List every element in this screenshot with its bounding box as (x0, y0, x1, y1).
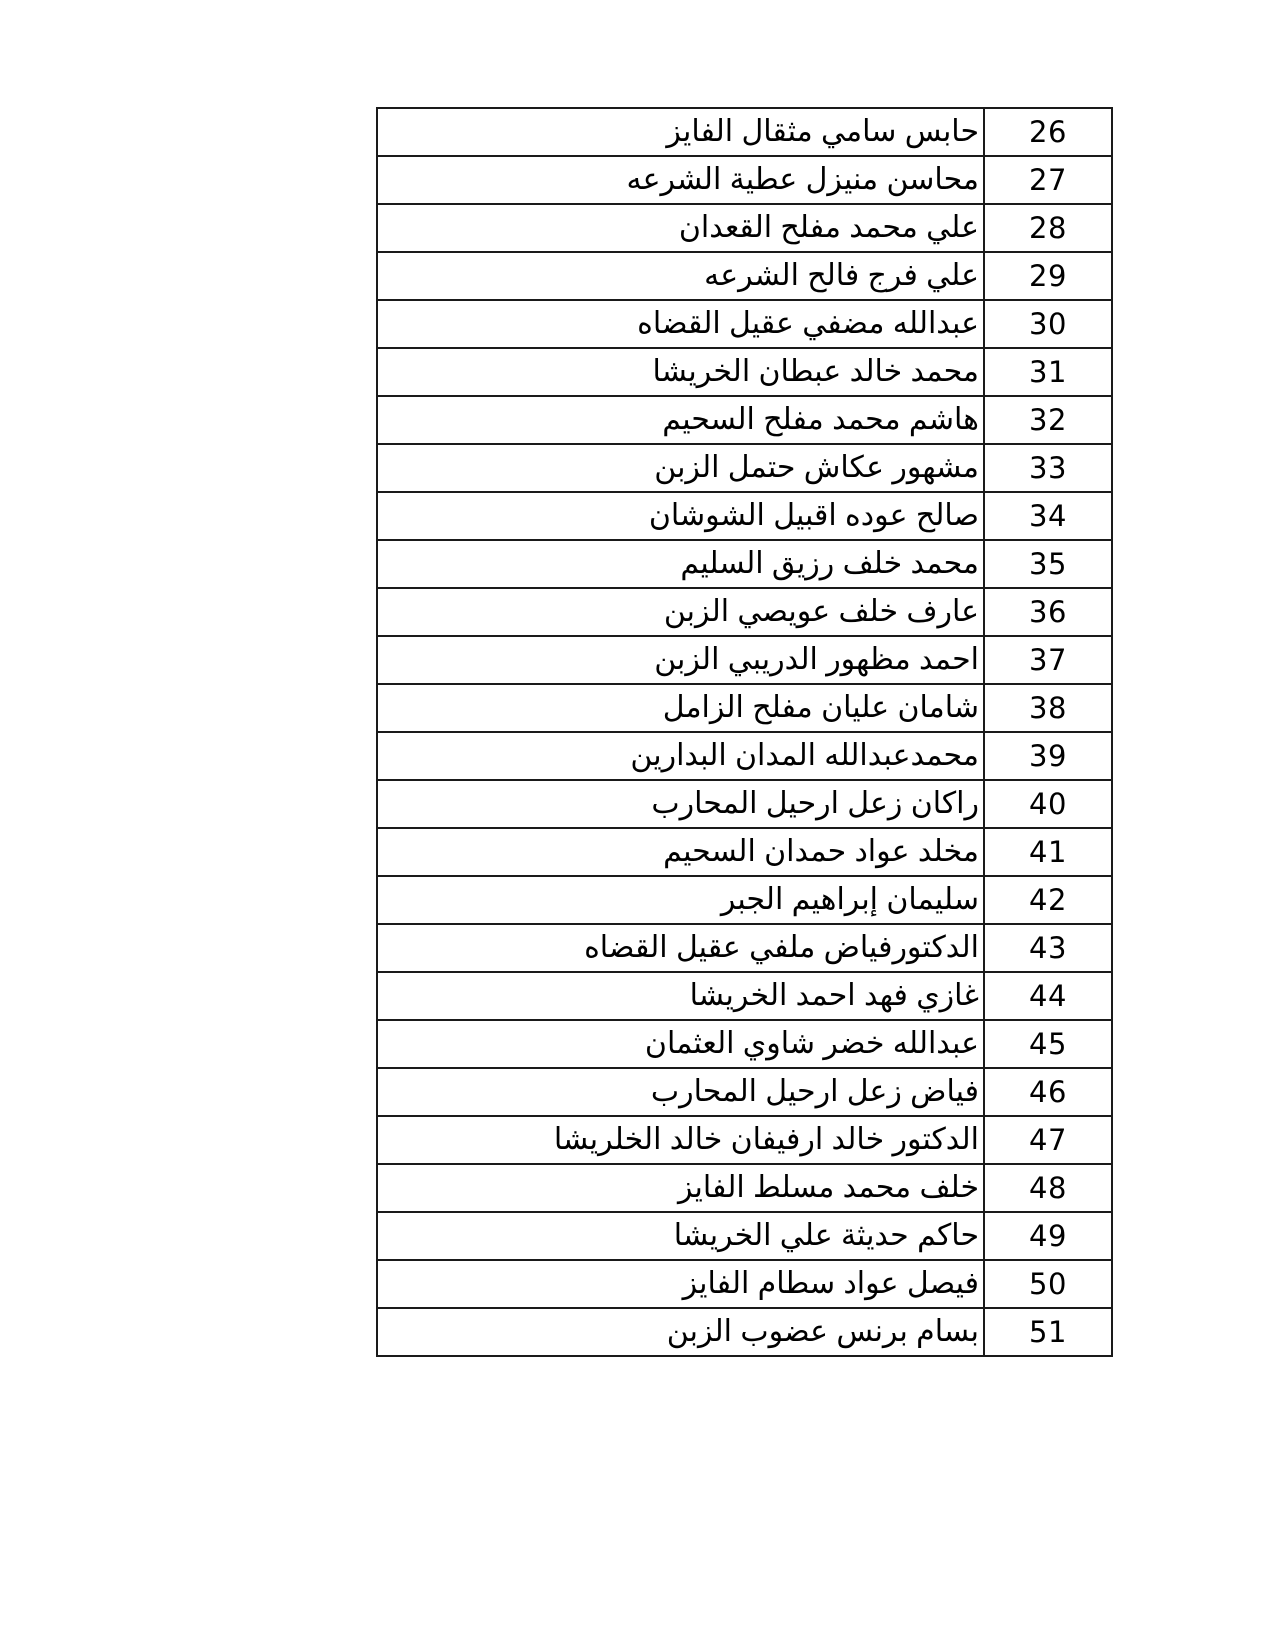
number-cell: 26 (984, 108, 1112, 156)
number-cell: 40 (984, 780, 1112, 828)
number-cell: 46 (984, 1068, 1112, 1116)
name-cell: خلف محمد مسلط الفايز (377, 1164, 984, 1212)
row-number: 47 (1029, 1117, 1067, 1163)
row-number: 44 (1029, 973, 1067, 1019)
names-table-body: حابس سامي مثقال الفايز 26 محاسن منيزل عط… (377, 108, 1112, 1356)
row-number: 33 (1029, 445, 1067, 491)
table-row: عارف خلف عويصي الزبن 36 (377, 588, 1112, 636)
number-cell: 28 (984, 204, 1112, 252)
name-text: عبدالله خضر شاوي العثمان (645, 1021, 979, 1067)
name-text: هاشم محمد مفلح السحيم (662, 397, 979, 443)
name-cell: احمد مظهور الدريبي الزبن (377, 636, 984, 684)
table-row: راكان زعل ارحيل المحارب 40 (377, 780, 1112, 828)
number-cell: 47 (984, 1116, 1112, 1164)
row-number: 40 (1029, 781, 1067, 827)
table-row: محمد خلف رزيق السليم 35 (377, 540, 1112, 588)
table-row: مخلد عواد حمدان السحيم 41 (377, 828, 1112, 876)
row-number: 43 (1029, 925, 1067, 971)
table-row: حاكم حديثة علي الخريشا 49 (377, 1212, 1112, 1260)
name-text: محاسن منيزل عطية الشرعه (627, 157, 980, 203)
row-number: 51 (1029, 1309, 1067, 1355)
name-text: بسام برنس عضوب الزبن (667, 1309, 979, 1355)
table-row: غازي فهد احمد الخريشا 44 (377, 972, 1112, 1020)
row-number: 28 (1029, 205, 1067, 251)
name-text: عارف خلف عويصي الزبن (664, 589, 979, 635)
name-cell: راكان زعل ارحيل المحارب (377, 780, 984, 828)
table-row: محمدعبدالله المدان البدارين 39 (377, 732, 1112, 780)
name-cell: الدكتورفياض ملفي عقيل القضاه (377, 924, 984, 972)
table-row: الدكتورفياض ملفي عقيل القضاه 43 (377, 924, 1112, 972)
number-cell: 36 (984, 588, 1112, 636)
table-row: احمد مظهور الدريبي الزبن 37 (377, 636, 1112, 684)
number-cell: 49 (984, 1212, 1112, 1260)
name-cell: فيصل عواد سطام الفايز (377, 1260, 984, 1308)
name-cell: محاسن منيزل عطية الشرعه (377, 156, 984, 204)
row-number: 36 (1029, 589, 1067, 635)
table-row: سليمان إبراهيم الجبر 42 (377, 876, 1112, 924)
name-cell: صالح عوده اقبيل الشوشان (377, 492, 984, 540)
table-row: صالح عوده اقبيل الشوشان 34 (377, 492, 1112, 540)
row-number: 45 (1029, 1021, 1067, 1067)
table-row: الدكتور خالد ارفيفان خالد الخلريشا 47 (377, 1116, 1112, 1164)
name-text: علي محمد مفلح القعدان (679, 205, 979, 251)
row-number: 39 (1029, 733, 1067, 779)
number-cell: 51 (984, 1308, 1112, 1356)
number-cell: 45 (984, 1020, 1112, 1068)
name-cell: مخلد عواد حمدان السحيم (377, 828, 984, 876)
table-row: محاسن منيزل عطية الشرعه 27 (377, 156, 1112, 204)
name-text: الدكتورفياض ملفي عقيل القضاه (584, 925, 979, 971)
document-page: حابس سامي مثقال الفايز 26 محاسن منيزل عط… (0, 0, 1275, 1650)
name-cell: شامان عليان مفلح الزامل (377, 684, 984, 732)
table-row: فياض زعل ارحيل المحارب 46 (377, 1068, 1112, 1116)
number-cell: 34 (984, 492, 1112, 540)
name-cell: محمد خالد عبطان الخريشا (377, 348, 984, 396)
name-cell: فياض زعل ارحيل المحارب (377, 1068, 984, 1116)
row-number: 26 (1029, 109, 1067, 155)
table-row: بسام برنس عضوب الزبن 51 (377, 1308, 1112, 1356)
name-text: سليمان إبراهيم الجبر (721, 877, 979, 923)
names-table: حابس سامي مثقال الفايز 26 محاسن منيزل عط… (376, 107, 1113, 1357)
row-number: 29 (1029, 253, 1067, 299)
name-text: فيصل عواد سطام الفايز (683, 1261, 979, 1307)
row-number: 48 (1029, 1165, 1067, 1211)
name-text: حاكم حديثة علي الخريشا (674, 1213, 979, 1259)
row-number: 38 (1029, 685, 1067, 731)
row-number: 42 (1029, 877, 1067, 923)
table-row: هاشم محمد مفلح السحيم 32 (377, 396, 1112, 444)
row-number: 50 (1029, 1261, 1067, 1307)
number-cell: 42 (984, 876, 1112, 924)
table-row: علي محمد مفلح القعدان 28 (377, 204, 1112, 252)
number-cell: 32 (984, 396, 1112, 444)
table-row: مشهور عكاش حتمل الزبن 33 (377, 444, 1112, 492)
row-number: 27 (1029, 157, 1067, 203)
number-cell: 50 (984, 1260, 1112, 1308)
row-number: 49 (1029, 1213, 1067, 1259)
number-cell: 27 (984, 156, 1112, 204)
number-cell: 31 (984, 348, 1112, 396)
name-text: راكان زعل ارحيل المحارب (651, 781, 979, 827)
number-cell: 43 (984, 924, 1112, 972)
name-cell: هاشم محمد مفلح السحيم (377, 396, 984, 444)
table-row: محمد خالد عبطان الخريشا 31 (377, 348, 1112, 396)
name-cell: محمد خلف رزيق السليم (377, 540, 984, 588)
name-text: محمد خالد عبطان الخريشا (653, 349, 979, 395)
number-cell: 39 (984, 732, 1112, 780)
table-row: شامان عليان مفلح الزامل 38 (377, 684, 1112, 732)
row-number: 30 (1029, 301, 1067, 347)
number-cell: 33 (984, 444, 1112, 492)
name-cell: حابس سامي مثقال الفايز (377, 108, 984, 156)
name-text: فياض زعل ارحيل المحارب (651, 1069, 979, 1115)
table-row: عبدالله مضفي عقيل القضاه 30 (377, 300, 1112, 348)
number-cell: 44 (984, 972, 1112, 1020)
number-cell: 35 (984, 540, 1112, 588)
number-cell: 30 (984, 300, 1112, 348)
name-cell: مشهور عكاش حتمل الزبن (377, 444, 984, 492)
name-cell: حاكم حديثة علي الخريشا (377, 1212, 984, 1260)
name-text: صالح عوده اقبيل الشوشان (649, 493, 979, 539)
table-row: خلف محمد مسلط الفايز 48 (377, 1164, 1112, 1212)
table-row: عبدالله خضر شاوي العثمان 45 (377, 1020, 1112, 1068)
name-text: محمدعبدالله المدان البدارين (630, 733, 979, 779)
name-cell: عبدالله خضر شاوي العثمان (377, 1020, 984, 1068)
name-text: حابس سامي مثقال الفايز (666, 109, 979, 155)
number-cell: 48 (984, 1164, 1112, 1212)
row-number: 35 (1029, 541, 1067, 587)
name-cell: بسام برنس عضوب الزبن (377, 1308, 984, 1356)
name-text: الدكتور خالد ارفيفان خالد الخلريشا (554, 1117, 979, 1163)
row-number: 32 (1029, 397, 1067, 443)
name-text: عبدالله مضفي عقيل القضاه (637, 301, 979, 347)
name-text: غازي فهد احمد الخريشا (690, 973, 979, 1019)
name-cell: عارف خلف عويصي الزبن (377, 588, 984, 636)
name-text: احمد مظهور الدريبي الزبن (654, 637, 979, 683)
name-cell: عبدالله مضفي عقيل القضاه (377, 300, 984, 348)
number-cell: 29 (984, 252, 1112, 300)
name-cell: محمدعبدالله المدان البدارين (377, 732, 984, 780)
row-number: 34 (1029, 493, 1067, 539)
row-number: 41 (1029, 829, 1067, 875)
name-text: شامان عليان مفلح الزامل (663, 685, 979, 731)
name-cell: علي فرج فالح الشرعه (377, 252, 984, 300)
name-text: مشهور عكاش حتمل الزبن (654, 445, 979, 491)
name-text: مخلد عواد حمدان السحيم (663, 829, 979, 875)
table-row: حابس سامي مثقال الفايز 26 (377, 108, 1112, 156)
name-text: علي فرج فالح الشرعه (704, 253, 979, 299)
name-text: خلف محمد مسلط الفايز (678, 1165, 979, 1211)
number-cell: 41 (984, 828, 1112, 876)
row-number: 37 (1029, 637, 1067, 683)
number-cell: 38 (984, 684, 1112, 732)
row-number: 31 (1029, 349, 1067, 395)
name-cell: علي محمد مفلح القعدان (377, 204, 984, 252)
row-number: 46 (1029, 1069, 1067, 1115)
name-text: محمد خلف رزيق السليم (680, 541, 979, 587)
number-cell: 37 (984, 636, 1112, 684)
table-row: فيصل عواد سطام الفايز 50 (377, 1260, 1112, 1308)
name-cell: غازي فهد احمد الخريشا (377, 972, 984, 1020)
name-cell: الدكتور خالد ارفيفان خالد الخلريشا (377, 1116, 984, 1164)
table-row: علي فرج فالح الشرعه 29 (377, 252, 1112, 300)
name-cell: سليمان إبراهيم الجبر (377, 876, 984, 924)
